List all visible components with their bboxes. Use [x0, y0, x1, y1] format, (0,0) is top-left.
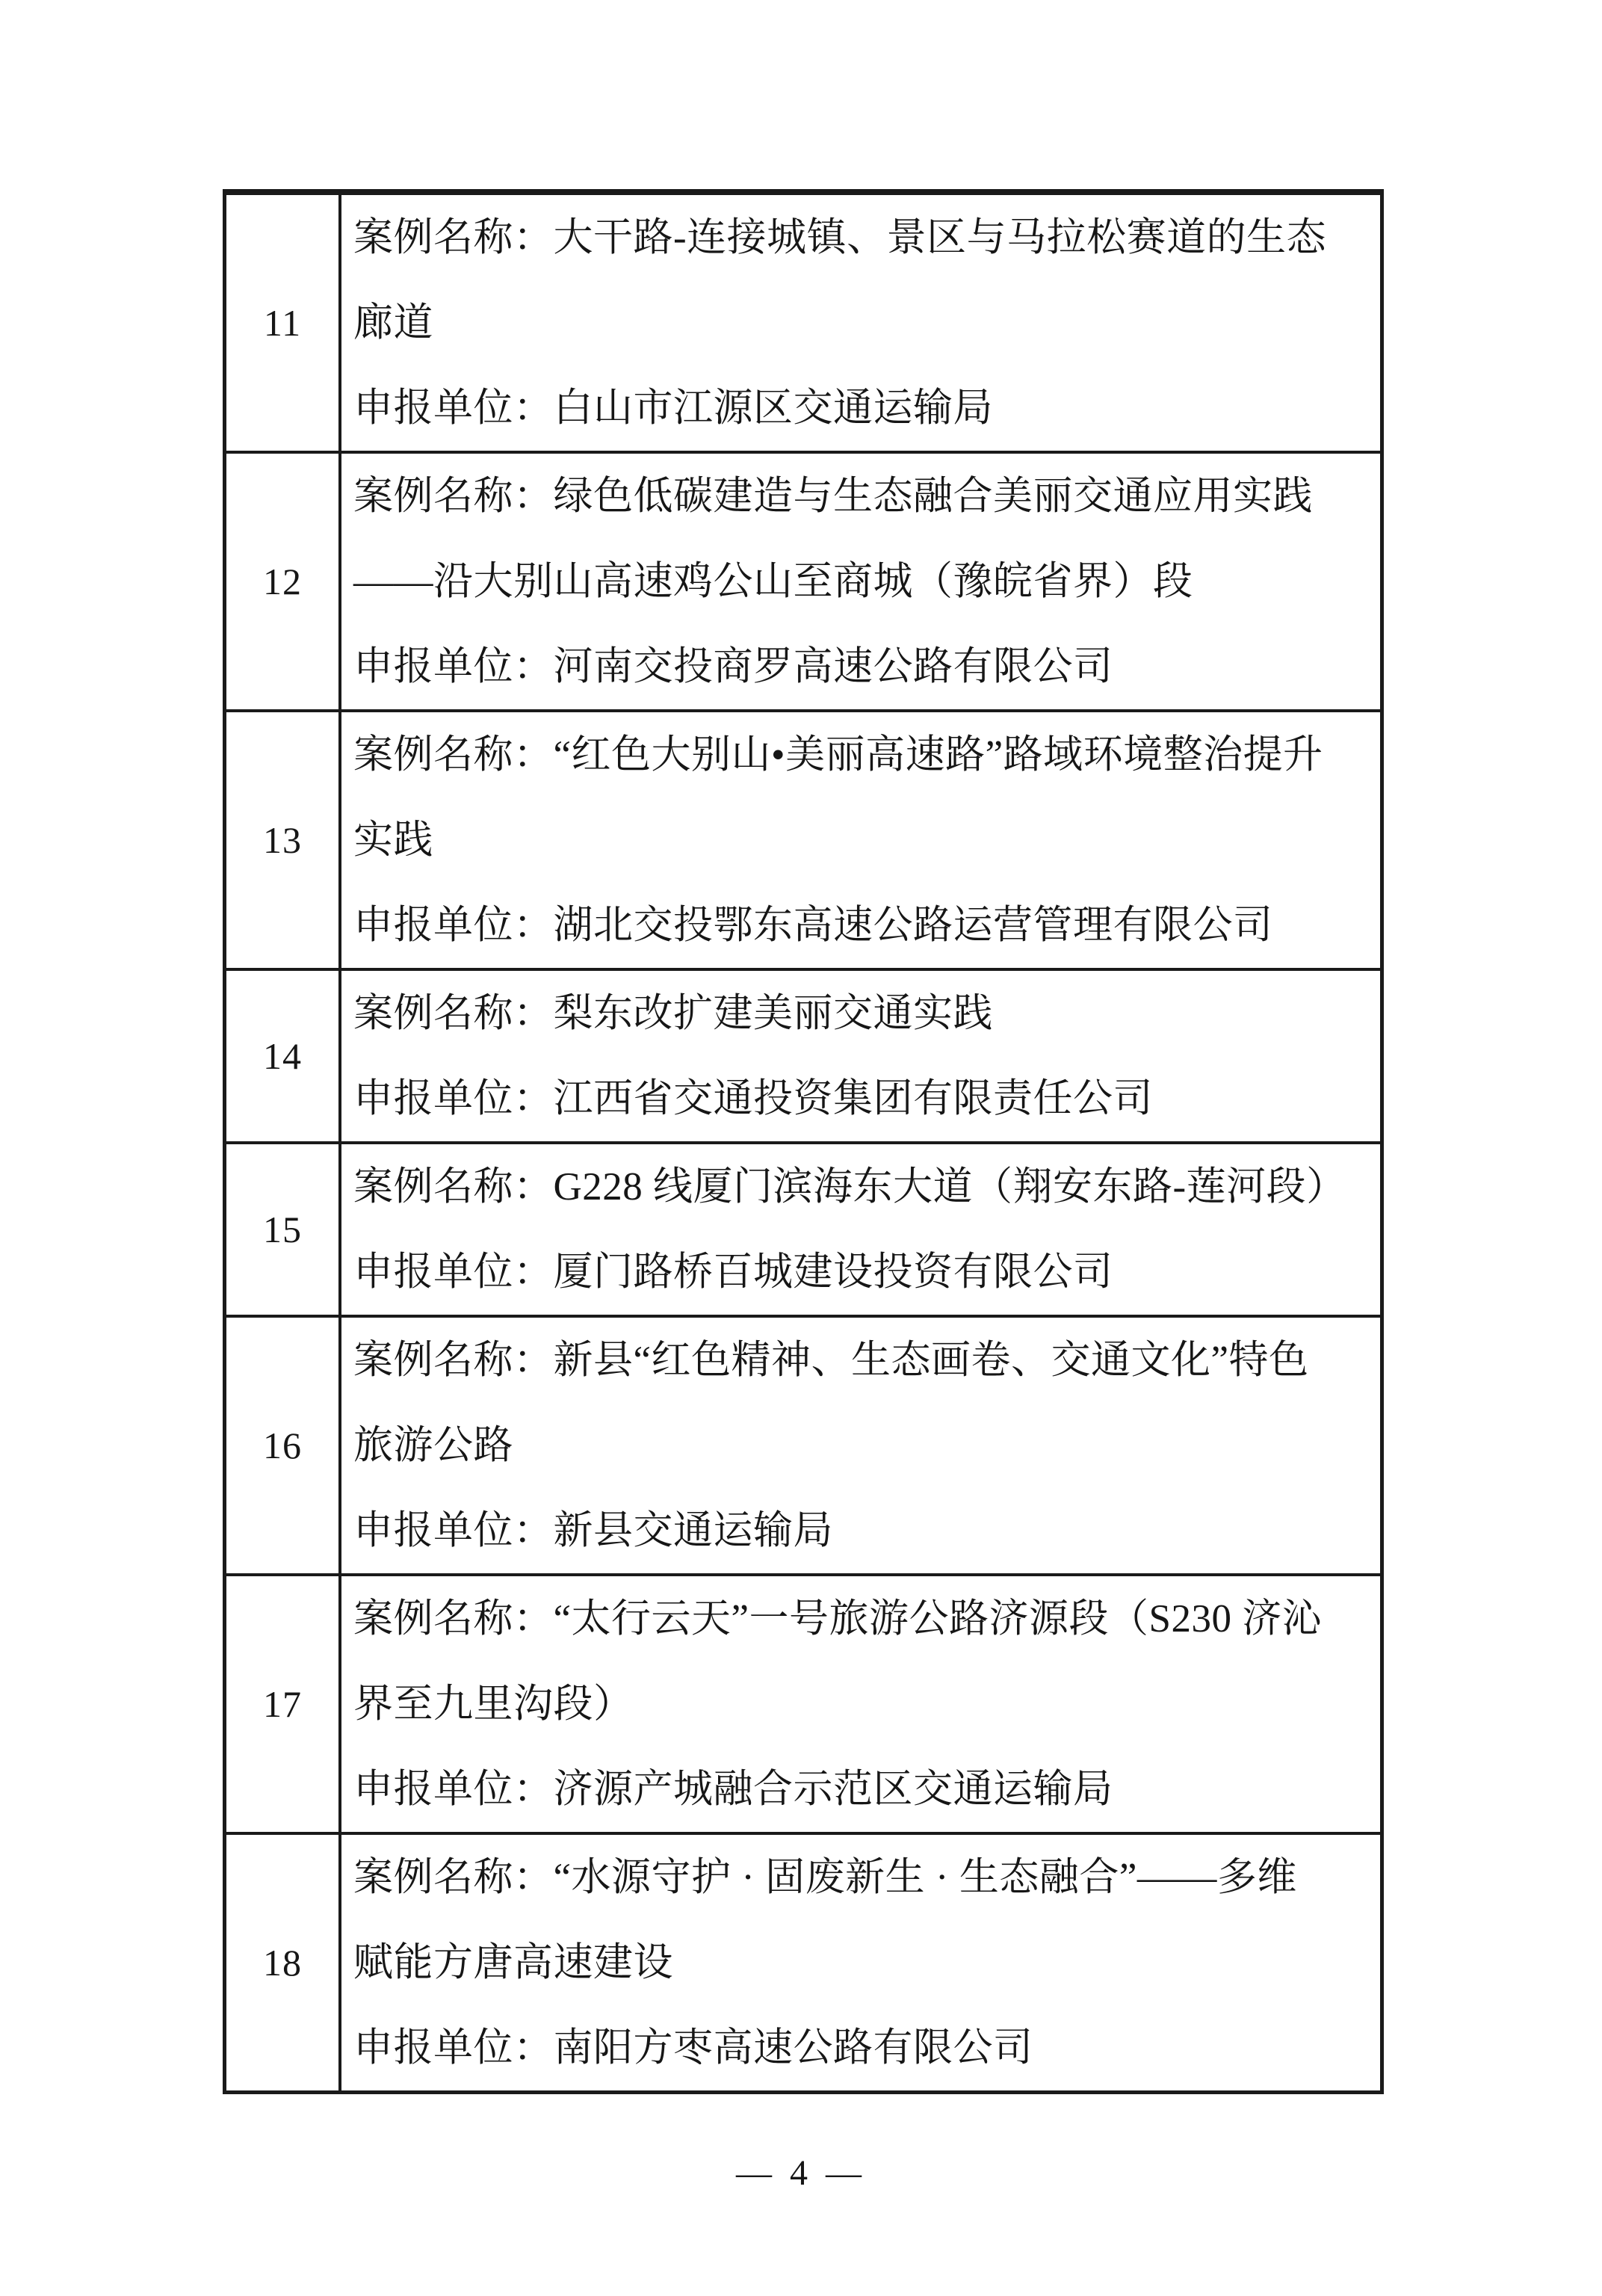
table-row: 17 案例名称：“太行云天”一号旅游公路济源段（S230 济沁界至九里沟段）申报…	[226, 1573, 1380, 1832]
row-content-cell: 案例名称：“水源守护 · 固废新生 · 生态融合”——多维赋能方唐高速建设申报单…	[341, 1835, 1380, 2090]
case-name-line: 赋能方唐高速建设	[353, 1938, 1377, 1987]
case-name-line: 案例名称：大干路-连接城镇、景区与马拉松赛道的生态	[353, 213, 1377, 262]
case-name-line: ——沿大别山高速鸡公山至商城（豫皖省界）段	[353, 557, 1377, 606]
case-name-line: 案例名称：“太行云天”一号旅游公路济源段（S230 济沁	[353, 1594, 1377, 1644]
unit-line: 申报单位：济源产城融合示范区交通运输局	[353, 1765, 1377, 1814]
unit-line: 申报单位：白山市江源区交通运输局	[353, 383, 1377, 433]
unit-line: 申报单位：厦门路桥百城建设投资有限公司	[353, 1247, 1377, 1297]
page-number: — 4 —	[0, 2152, 1602, 2194]
row-content-cell: 案例名称：“太行云天”一号旅游公路济源段（S230 济沁界至九里沟段）申报单位：…	[341, 1576, 1380, 1832]
unit-line: 申报单位：江西省交通投资集团有限责任公司	[353, 1074, 1377, 1123]
case-name-line: 旅游公路	[353, 1421, 1377, 1470]
row-number-cell: 14	[226, 971, 341, 1141]
table-row: 13 案例名称：“红色大别山•美丽高速路”路域环境整治提升实践申报单位：湖北交投…	[226, 709, 1380, 968]
case-name-line: 案例名称：“红色大别山•美丽高速路”路域环境整治提升	[353, 730, 1377, 780]
case-name-line: 案例名称：新县“红色精神、生态画卷、交通文化”特色	[353, 1336, 1377, 1385]
document-page: 11 案例名称：大干路-连接城镇、景区与马拉松赛道的生态廊道申报单位：白山市江源…	[0, 0, 1602, 2296]
table-row: 16 案例名称：新县“红色精神、生态画卷、交通文化”特色旅游公路申报单位：新县交…	[226, 1315, 1380, 1573]
case-name-line: 实践	[353, 815, 1377, 865]
row-number-cell: 16	[226, 1318, 341, 1573]
row-number-cell: 18	[226, 1835, 341, 2090]
row-content-cell: 案例名称：绿色低碳建造与生态融合美丽交通应用实践——沿大别山高速鸡公山至商城（豫…	[341, 454, 1380, 709]
case-name-line: 案例名称：梨东改扩建美丽交通实践	[353, 989, 1377, 1038]
row-content-cell: 案例名称：大干路-连接城镇、景区与马拉松赛道的生态廊道申报单位：白山市江源区交通…	[341, 195, 1380, 451]
table-row: 12 案例名称：绿色低碳建造与生态融合美丽交通应用实践——沿大别山高速鸡公山至商…	[226, 451, 1380, 709]
case-name-line: 案例名称：G228 线厦门滨海东大道（翔安东路-莲河段）	[353, 1162, 1377, 1212]
case-name-line: 案例名称：绿色低碳建造与生态融合美丽交通应用实践	[353, 472, 1377, 521]
row-number-cell: 17	[226, 1576, 341, 1832]
table-row: 14 案例名称：梨东改扩建美丽交通实践申报单位：江西省交通投资集团有限责任公司	[226, 968, 1380, 1141]
row-number-cell: 13	[226, 712, 341, 968]
table-row: 15 案例名称：G228 线厦门滨海东大道（翔安东路-莲河段）申报单位：厦门路桥…	[226, 1141, 1380, 1315]
table-row: 18 案例名称：“水源守护 · 固废新生 · 生态融合”——多维赋能方唐高速建设…	[226, 1832, 1380, 2090]
case-name-line: 廊道	[353, 298, 1377, 348]
row-number-cell: 15	[226, 1144, 341, 1315]
unit-line: 申报单位：南阳方枣高速公路有限公司	[353, 2023, 1377, 2073]
case-name-line: 案例名称：“水源守护 · 固废新生 · 生态融合”——多维	[353, 1853, 1377, 1902]
row-number-cell: 11	[226, 195, 341, 451]
row-content-cell: 案例名称：梨东改扩建美丽交通实践申报单位：江西省交通投资集团有限责任公司	[341, 971, 1380, 1141]
row-content-cell: 案例名称：新县“红色精神、生态画卷、交通文化”特色旅游公路申报单位：新县交通运输…	[341, 1318, 1380, 1573]
table-row: 11 案例名称：大干路-连接城镇、景区与马拉松赛道的生态廊道申报单位：白山市江源…	[226, 195, 1380, 451]
unit-line: 申报单位：河南交投商罗高速公路有限公司	[353, 642, 1377, 691]
case-name-line: 界至九里沟段）	[353, 1679, 1377, 1729]
unit-line: 申报单位：湖北交投鄂东高速公路运营管理有限公司	[353, 901, 1377, 950]
unit-line: 申报单位：新县交通运输局	[353, 1506, 1377, 1555]
row-content-cell: 案例名称：G228 线厦门滨海东大道（翔安东路-莲河段）申报单位：厦门路桥百城建…	[341, 1144, 1380, 1315]
row-number-cell: 12	[226, 454, 341, 709]
cases-table: 11 案例名称：大干路-连接城镇、景区与马拉松赛道的生态廊道申报单位：白山市江源…	[223, 189, 1384, 2094]
row-content-cell: 案例名称：“红色大别山•美丽高速路”路域环境整治提升实践申报单位：湖北交投鄂东高…	[341, 712, 1380, 968]
